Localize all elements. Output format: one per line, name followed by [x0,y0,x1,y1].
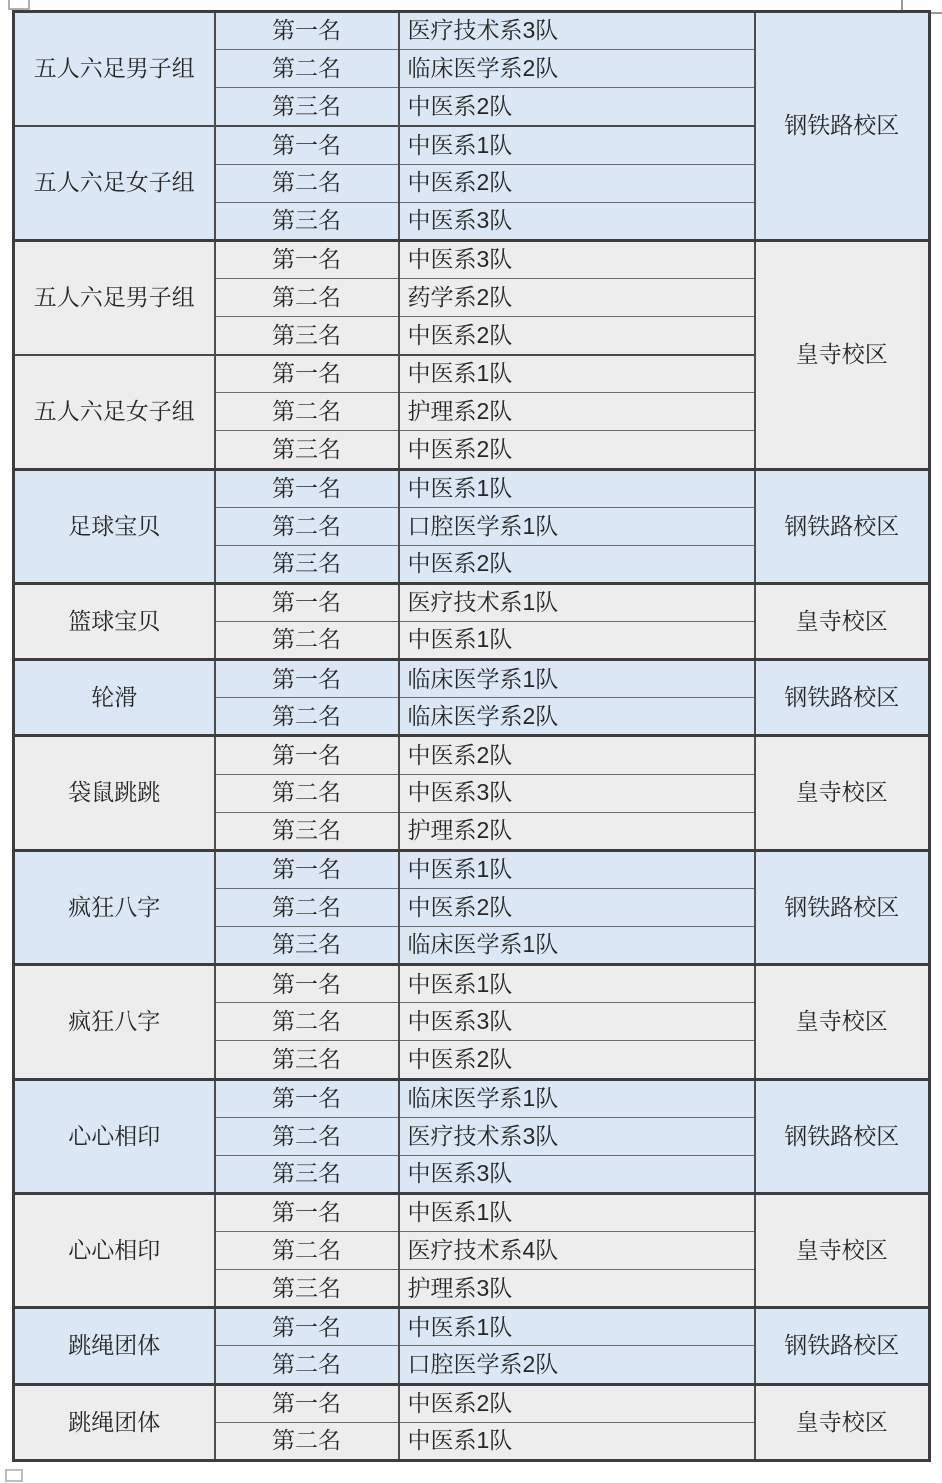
team-cell: 中医系2队 [399,164,755,202]
team-cell: 中医系2队 [399,431,755,469]
campus-cell: 钢铁路校区 [755,1079,930,1193]
event-cell: 五人六足男子组 [14,240,215,354]
results-table: 五人六足男子组 第一名 医疗技术系3队 钢铁路校区 第二名 临床医学系2队 第三… [12,10,931,1462]
team-cell: 中医系1队 [399,622,755,660]
event-cell: 心心相印 [14,1079,215,1193]
team-cell: 中医系1队 [399,1422,755,1460]
team-cell: 药学系2队 [399,278,755,316]
rank-cell: 第三名 [215,1270,399,1308]
team-cell: 中医系1队 [399,1193,755,1231]
rank-cell: 第一名 [215,1079,399,1117]
team-cell: 护理系2队 [399,812,755,850]
team-cell: 医疗技术系1队 [399,583,755,621]
rank-cell: 第一名 [215,736,399,774]
campus-cell: 钢铁路校区 [755,12,930,241]
team-cell: 中医系1队 [399,965,755,1003]
rank-cell: 第二名 [215,622,399,660]
event-cell: 五人六足男子组 [14,12,215,126]
rank-cell: 第三名 [215,545,399,583]
team-cell: 口腔医学系2队 [399,1346,755,1384]
rank-cell: 第二名 [215,888,399,926]
rank-cell: 第一名 [215,1193,399,1231]
campus-cell: 钢铁路校区 [755,660,930,736]
team-cell: 中医系1队 [399,355,755,393]
team-cell: 中医系1队 [399,126,755,164]
campus-cell: 皇寺校区 [755,583,930,659]
rank-cell: 第三名 [215,202,399,240]
team-cell: 中医系2队 [399,736,755,774]
team-cell: 中医系3队 [399,1003,755,1041]
rank-cell: 第二名 [215,698,399,736]
rank-cell: 第三名 [215,927,399,965]
team-cell: 中医系2队 [399,888,755,926]
rank-cell: 第一名 [215,355,399,393]
rank-cell: 第二名 [215,1232,399,1270]
rank-cell: 第三名 [215,317,399,355]
event-cell: 袋鼠跳跳 [14,736,215,850]
rank-cell: 第一名 [215,1308,399,1346]
page-artifact-top-left [8,0,30,10]
team-cell: 中医系1队 [399,469,755,507]
team-cell: 医疗技术系3队 [399,1117,755,1155]
rank-cell: 第一名 [215,240,399,278]
rank-cell: 第二名 [215,1003,399,1041]
rank-cell: 第一名 [215,12,399,50]
team-cell: 临床医学系2队 [399,50,755,88]
campus-cell: 皇寺校区 [755,736,930,850]
rank-cell: 第二名 [215,1117,399,1155]
event-cell: 五人六足女子组 [14,126,215,240]
event-cell: 心心相印 [14,1193,215,1307]
event-cell: 篮球宝贝 [14,583,215,659]
rank-cell: 第三名 [215,431,399,469]
campus-cell: 皇寺校区 [755,240,930,469]
event-cell: 五人六足女子组 [14,355,215,469]
rank-cell: 第一名 [215,126,399,164]
team-cell: 中医系2队 [399,88,755,126]
rank-cell: 第二名 [215,278,399,316]
campus-cell: 皇寺校区 [755,1193,930,1307]
team-cell: 中医系3队 [399,240,755,278]
team-cell: 中医系3队 [399,1155,755,1193]
rank-cell: 第二名 [215,774,399,812]
campus-cell: 皇寺校区 [755,1384,930,1461]
rank-cell: 第二名 [215,1422,399,1460]
team-cell: 中医系2队 [399,545,755,583]
team-cell: 中医系1队 [399,850,755,888]
rank-cell: 第一名 [215,965,399,1003]
team-cell: 中医系2队 [399,1041,755,1079]
page-artifact-bottom-left [5,1469,23,1482]
rank-cell: 第三名 [215,88,399,126]
team-cell: 中医系1队 [399,1308,755,1346]
rank-cell: 第一名 [215,660,399,698]
team-cell: 临床医学系1队 [399,927,755,965]
team-cell: 护理系2队 [399,393,755,431]
rank-cell: 第一名 [215,469,399,507]
team-cell: 医疗技术系4队 [399,1232,755,1270]
team-cell: 中医系3队 [399,202,755,240]
event-cell: 足球宝贝 [14,469,215,583]
event-cell: 疯狂八字 [14,850,215,964]
team-cell: 中医系2队 [399,317,755,355]
event-cell: 疯狂八字 [14,965,215,1079]
rank-cell: 第一名 [215,583,399,621]
event-cell: 跳绳团体 [14,1384,215,1461]
campus-cell: 钢铁路校区 [755,1308,930,1384]
rank-cell: 第三名 [215,1041,399,1079]
rank-cell: 第二名 [215,393,399,431]
team-cell: 中医系3队 [399,774,755,812]
team-cell: 口腔医学系1队 [399,507,755,545]
rank-cell: 第三名 [215,812,399,850]
page: 五人六足男子组 第一名 医疗技术系3队 钢铁路校区 第二名 临床医学系2队 第三… [0,0,942,1483]
event-cell: 轮滑 [14,660,215,736]
event-cell: 跳绳团体 [14,1308,215,1384]
rank-cell: 第二名 [215,1346,399,1384]
team-cell: 临床医学系1队 [399,660,755,698]
campus-cell: 钢铁路校区 [755,850,930,964]
rank-cell: 第一名 [215,850,399,888]
rank-cell: 第三名 [215,1155,399,1193]
campus-cell: 皇寺校区 [755,965,930,1079]
rank-cell: 第二名 [215,507,399,545]
campus-cell: 钢铁路校区 [755,469,930,583]
team-cell: 医疗技术系3队 [399,12,755,50]
team-cell: 临床医学系1队 [399,1079,755,1117]
team-cell: 中医系2队 [399,1384,755,1422]
rank-cell: 第一名 [215,1384,399,1422]
rank-cell: 第二名 [215,50,399,88]
team-cell: 护理系3队 [399,1270,755,1308]
rank-cell: 第二名 [215,164,399,202]
team-cell: 临床医学系2队 [399,698,755,736]
